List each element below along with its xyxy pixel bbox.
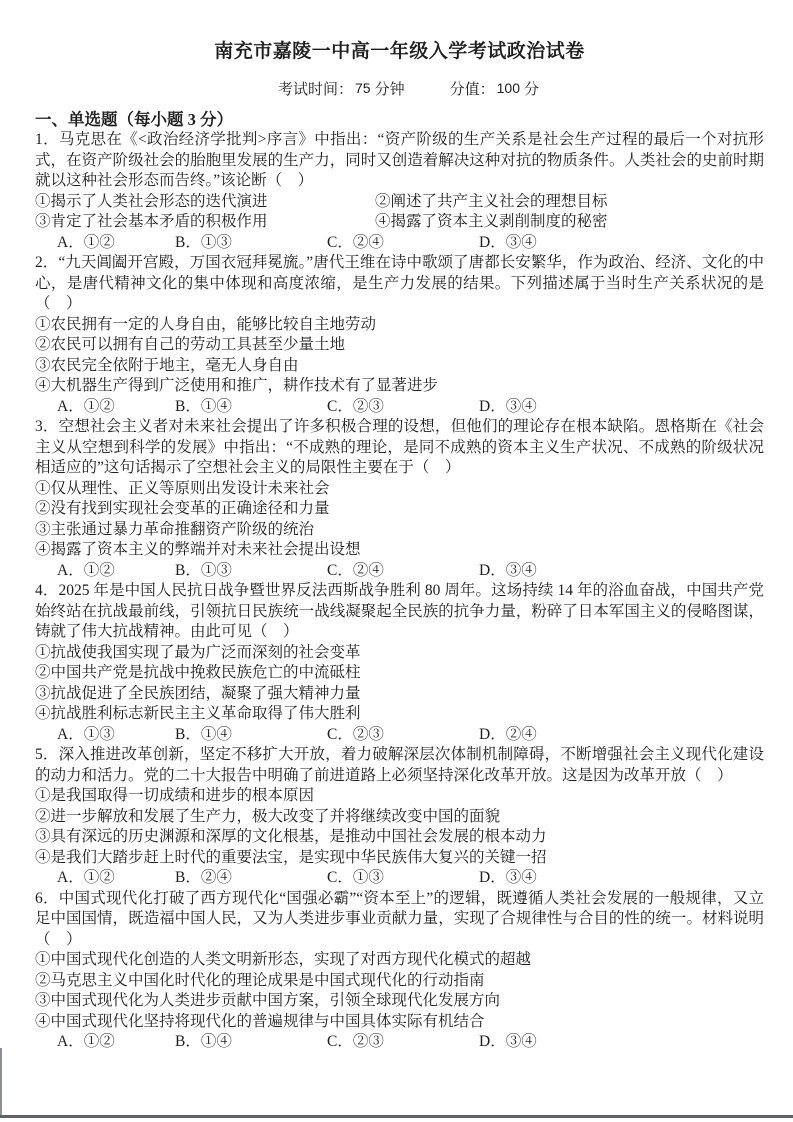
question-1-options: A．①②B．①③C．②④D．③④ (35, 233, 764, 254)
question-3: 3．空想社会主义者对未来社会提出了许多积极合理的设想，但他们的理论存在根本缺陷。… (35, 417, 764, 581)
question-2-option-d: D．③④ (479, 397, 537, 418)
score-value: 100 (497, 80, 520, 96)
question-1-item-row-2: ③肯定了社会基本矛盾的积极作用④揭露了资本主义剥削制度的秘密 (35, 212, 764, 233)
question-3-stem: 3．空想社会主义者对未来社会提出了许多积极合理的设想，但他们的理论存在根本缺陷。… (35, 417, 764, 479)
question-3-item-3: ③主张通过暴力革命推翻资产阶级的统治 (35, 520, 764, 541)
question-3-option-a: A．①② (57, 561, 175, 582)
question-5-option-d: D．③④ (479, 868, 537, 889)
question-2-stem: 2．“九天阊阖开宫殿，万国衣冠拜冕旒。”唐代王维在诗中歌颂了唐都长安繁华，作为政… (35, 253, 764, 315)
section-heading: 一、单选题（每小题 3 分） (35, 106, 764, 130)
score-unit: 分 (524, 82, 539, 98)
page-bottom-border-line (0, 1115, 793, 1118)
question-6-option-a: A．①② (57, 1032, 175, 1053)
exam-info-line: 考试时间：75分钟分值：100分 (35, 78, 764, 99)
question-6-item-1: ①中国式现代化创造的人类文明新形态，实现了对西方现代化模式的超越 (35, 950, 764, 971)
exam-time-label: 考试时间： (278, 82, 353, 98)
question-2-item-2: ②农民可以拥有自己的劳动工具甚至少量土地 (35, 335, 764, 356)
question-2-options: A．①②B．①④C．②③D．③④ (35, 397, 764, 418)
question-2-option-b: B．①④ (175, 397, 327, 418)
question-6-option-b: B．①④ (175, 1032, 327, 1053)
question-3-options: A．①②B．①③C．②④D．③④ (35, 561, 764, 582)
question-1-item-1: ①揭示了人类社会形态的迭代演进 (35, 192, 375, 213)
question-2-option-a: A．①② (57, 397, 175, 418)
question-3-item-1: ①仅从理性、正义等原则出发设计未来社会 (35, 479, 764, 500)
question-5-item-3: ③具有深远的历史渊源和深厚的文化根基，是推动中国社会发展的根本动力 (35, 827, 764, 848)
question-3-item-2: ②没有找到实现社会变革的正确途径和力量 (35, 499, 764, 520)
question-5-item-4: ④是我们大踏步赶上时代的重要法宝，是实现中华民族伟大复兴的关键一招 (35, 848, 764, 869)
question-6-options: A．①②B．①④C．②③D．③④ (35, 1032, 764, 1053)
question-5: 5．深入推进改革创新，坚定不移扩大开放，着力破解深层次体制机制障碍，不断增强社会… (35, 745, 764, 889)
question-2: 2．“九天阊阖开宫殿，万国衣冠拜冕旒。”唐代王维在诗中歌颂了唐都长安繁华，作为政… (35, 253, 764, 417)
exam-time-unit: 分钟 (375, 82, 405, 98)
question-5-option-c: C．①③ (327, 868, 479, 889)
exam-time-value: 75 (355, 80, 371, 96)
question-5-option-a: A．①② (57, 868, 175, 889)
score-label: 分值： (450, 82, 495, 98)
question-4-item-4: ④抗战胜利标志新民主主义革命取得了伟大胜利 (35, 704, 764, 725)
question-4: 4．2025 年是中国人民抗日战争暨世界反法西斯战争胜利 80 周年。这场持续 … (35, 581, 764, 745)
question-3-option-d: D．③④ (479, 561, 537, 582)
question-4-option-b: B．①④ (175, 725, 327, 746)
question-2-item-4: ④大机器生产得到广泛使用和推广，耕作技术有了显著进步 (35, 376, 764, 397)
question-1-option-d: D．③④ (479, 233, 537, 254)
question-1-option-a: A．①② (57, 233, 175, 254)
question-5-stem: 5．深入推进改革创新，坚定不移扩大开放，着力破解深层次体制机制障碍，不断增强社会… (35, 745, 764, 786)
question-6-option-d: D．③④ (479, 1032, 537, 1053)
question-2-option-c: C．②③ (327, 397, 479, 418)
question-6-item-3: ③中国式现代化为人类进步贡献中国方案，引领全球现代化发展方向 (35, 991, 764, 1012)
question-1-item-row-1: ①揭示了人类社会形态的迭代演进②阐述了共产主义社会的理想目标 (35, 192, 764, 213)
question-6-option-c: C．②③ (327, 1032, 479, 1053)
question-2-item-3: ③农民完全依附于地主，毫无人身自由 (35, 356, 764, 377)
question-4-option-a: A．①③ (57, 725, 175, 746)
question-4-item-3: ③抗战促进了全民族团结，凝聚了强大精神力量 (35, 684, 764, 705)
exam-paper-page: { "page": { "title": "南充市嘉陵一中高一年级入学考试政治试… (0, 0, 793, 1122)
question-5-item-1: ①是我国取得一切成绩和进步的根本原因 (35, 786, 764, 807)
question-1-option-c: C．②④ (327, 233, 479, 254)
question-1-item-2: ②阐述了共产主义社会的理想目标 (375, 193, 608, 210)
question-5-item-2: ②进一步解放和发展了生产力，极大改变了并将继续改变中国的面貌 (35, 807, 764, 828)
page-left-border-line (0, 1048, 2, 1115)
question-6-item-4: ④中国式现代化坚持将现代化的普遍规律与中国具体实际有机结合 (35, 1012, 764, 1033)
question-1: 1．马克思在《<政治经济学批判>序言》中指出：“资产阶级的生产关系是社会生产过程… (35, 130, 764, 253)
question-3-item-4: ④揭露了资本主义的弊端并对未来社会提出设想 (35, 540, 764, 561)
question-1-option-b: B．①③ (175, 233, 327, 254)
question-6-item-2: ②马克思主义中国化时代化的理论成果是中国式现代化的行动指南 (35, 971, 764, 992)
question-4-item-2: ②中国共产党是抗战中挽救民族危亡的中流砥柱 (35, 663, 764, 684)
question-1-item-4: ④揭露了资本主义剥削制度的秘密 (375, 213, 608, 230)
question-4-option-d: D．②④ (479, 725, 537, 746)
question-4-options: A．①③B．①④C．②③D．②④ (35, 725, 764, 746)
question-6-stem: 6．中国式现代化打破了西方现代化“国强必霸”“资本至上”的逻辑，既遵循人类社会发… (35, 889, 764, 951)
question-4-option-c: C．②③ (327, 725, 479, 746)
question-3-option-c: C．②④ (327, 561, 479, 582)
question-4-item-1: ①抗战使我国实现了最为广泛而深刻的社会变革 (35, 643, 764, 664)
question-4-stem: 4．2025 年是中国人民抗日战争暨世界反法西斯战争胜利 80 周年。这场持续 … (35, 581, 764, 643)
question-3-option-b: B．①③ (175, 561, 327, 582)
question-5-options: A．①②B．②④C．①③D．③④ (35, 868, 764, 889)
question-1-stem: 1．马克思在《<政治经济学批判>序言》中指出：“资产阶级的生产关系是社会生产过程… (35, 130, 764, 192)
question-2-item-1: ①农民拥有一定的人身自由，能够比较自主地劳动 (35, 315, 764, 336)
question-6: 6．中国式现代化打破了西方现代化“国强必霸”“资本至上”的逻辑，既遵循人类社会发… (35, 889, 764, 1053)
document-content: 南充市嘉陵一中高一年级入学考试政治试卷 考试时间：75分钟分值：100分 一、单… (0, 36, 793, 1053)
page-title: 南充市嘉陵一中高一年级入学考试政治试卷 (35, 36, 764, 63)
question-1-item-3: ③肯定了社会基本矛盾的积极作用 (35, 212, 375, 233)
question-5-option-b: B．②④ (175, 868, 327, 889)
